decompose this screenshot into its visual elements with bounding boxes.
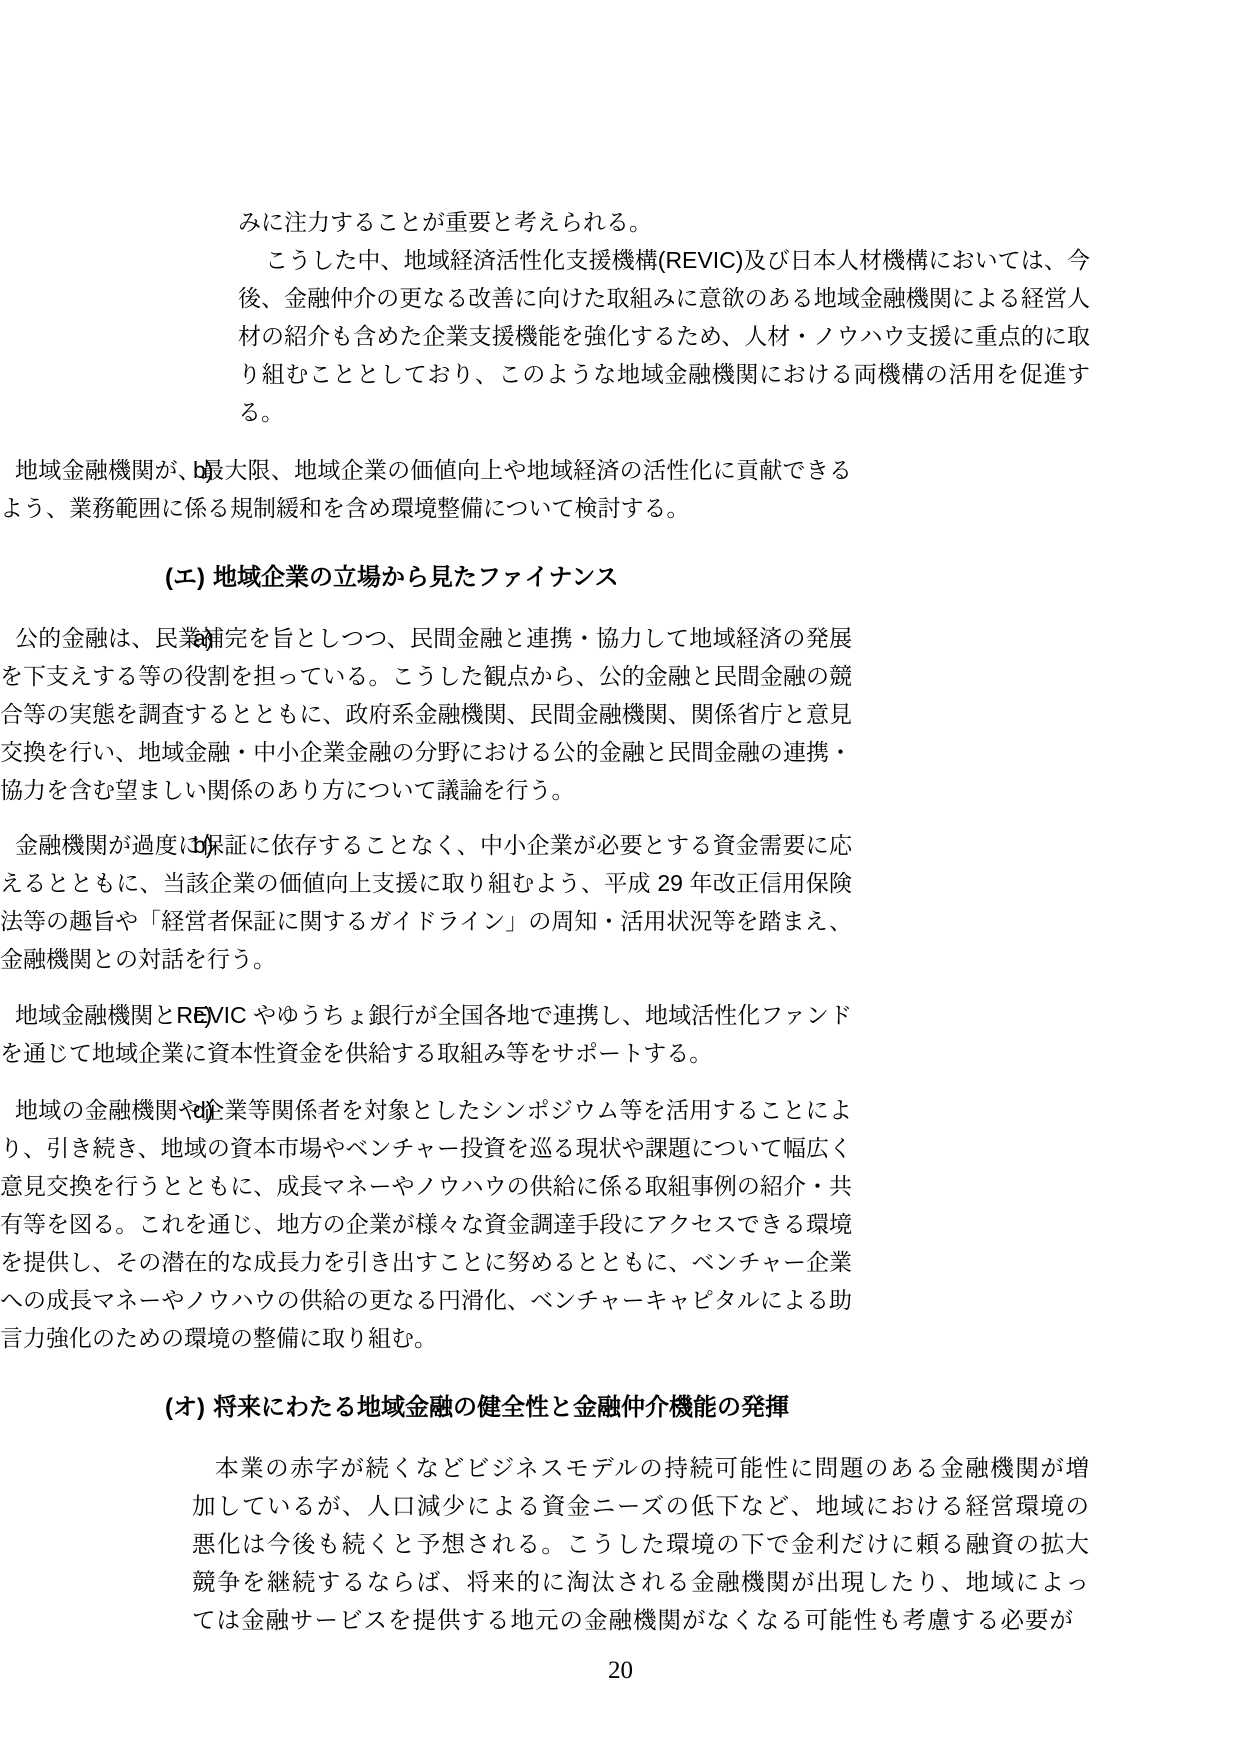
list-item: d) 地域の金融機関や企業等関係者を対象としたシンポジウム等を活用することにより… bbox=[0, 1091, 1241, 1357]
list-item: b) 金融機関が過度に保証に依存することなく、中小企業が必要とする資金需要に応え… bbox=[0, 826, 1241, 978]
section-heading-o: (オ)将来にわたる地域金融の健全性と金融仲介機能の発揮 bbox=[165, 1389, 789, 1427]
list-item-label: d) bbox=[193, 1091, 213, 1129]
intro-paragraph: みに注力することが重要と考えられる。 こうした中、地域経済活性化支援機構(REV… bbox=[238, 203, 1090, 431]
list-item-label: b) bbox=[193, 451, 213, 489]
list-item-text: 公的金融は、民業補完を旨としつつ、民間金融と連携・協力して地域経済の発展を下支え… bbox=[0, 619, 852, 809]
list-item-text: 地域金融機関とREVIC やゆうちょ銀行が全国各地で連携し、地域活性化ファンドを… bbox=[0, 996, 852, 1072]
list-item: c) 地域金融機関とREVIC やゆうちょ銀行が全国各地で連携し、地域活性化ファ… bbox=[0, 996, 1241, 1072]
list-item-text: 金融機関が過度に保証に依存することなく、中小企業が必要とする資金需要に応えるとと… bbox=[0, 826, 852, 978]
section-heading-label: (オ) bbox=[165, 1389, 213, 1427]
list-item: a) 公的金融は、民業補完を旨としつつ、民間金融と連携・協力して地域経済の発展を… bbox=[0, 619, 1241, 809]
section-heading-label: (エ) bbox=[165, 559, 213, 597]
section-heading-e: (エ)地域企業の立場から見たファイナンス bbox=[165, 559, 619, 597]
section-heading-title: 地域企業の立場から見たファイナンス bbox=[213, 564, 619, 591]
intro-paragraph-text: こうした中、地域経済活性化支援機構(REVIC)及び日本人材機構においては、今後… bbox=[238, 241, 1090, 431]
list-item-label: c) bbox=[193, 996, 212, 1034]
document-page: みに注力することが重要と考えられる。 こうした中、地域経済活性化支援機構(REV… bbox=[0, 0, 1241, 1754]
list-item-text: 地域の金融機関や企業等関係者を対象としたシンポジウム等を活用することにより、引き… bbox=[0, 1091, 852, 1357]
list-item-text: 地域金融機関が、最大限、地域企業の価値向上や地域経済の活性化に貢献できるよう、業… bbox=[0, 451, 852, 527]
list-item: b) 地域金融機関が、最大限、地域企業の価値向上や地域経済の活性化に貢献できるよ… bbox=[0, 451, 1241, 527]
page-number: 20 bbox=[0, 1652, 1241, 1690]
list-item-label: b) bbox=[193, 826, 213, 864]
intro-continuation-line: みに注力することが重要と考えられる。 bbox=[238, 203, 1090, 241]
list-item-label: a) bbox=[193, 619, 213, 657]
section-heading-title: 将来にわたる地域金融の健全性と金融仲介機能の発揮 bbox=[213, 1394, 789, 1421]
section-body-paragraph: 本業の赤字が続くなどビジネスモデルの持続可能性に問題のある金融機関が増加している… bbox=[192, 1449, 1090, 1639]
